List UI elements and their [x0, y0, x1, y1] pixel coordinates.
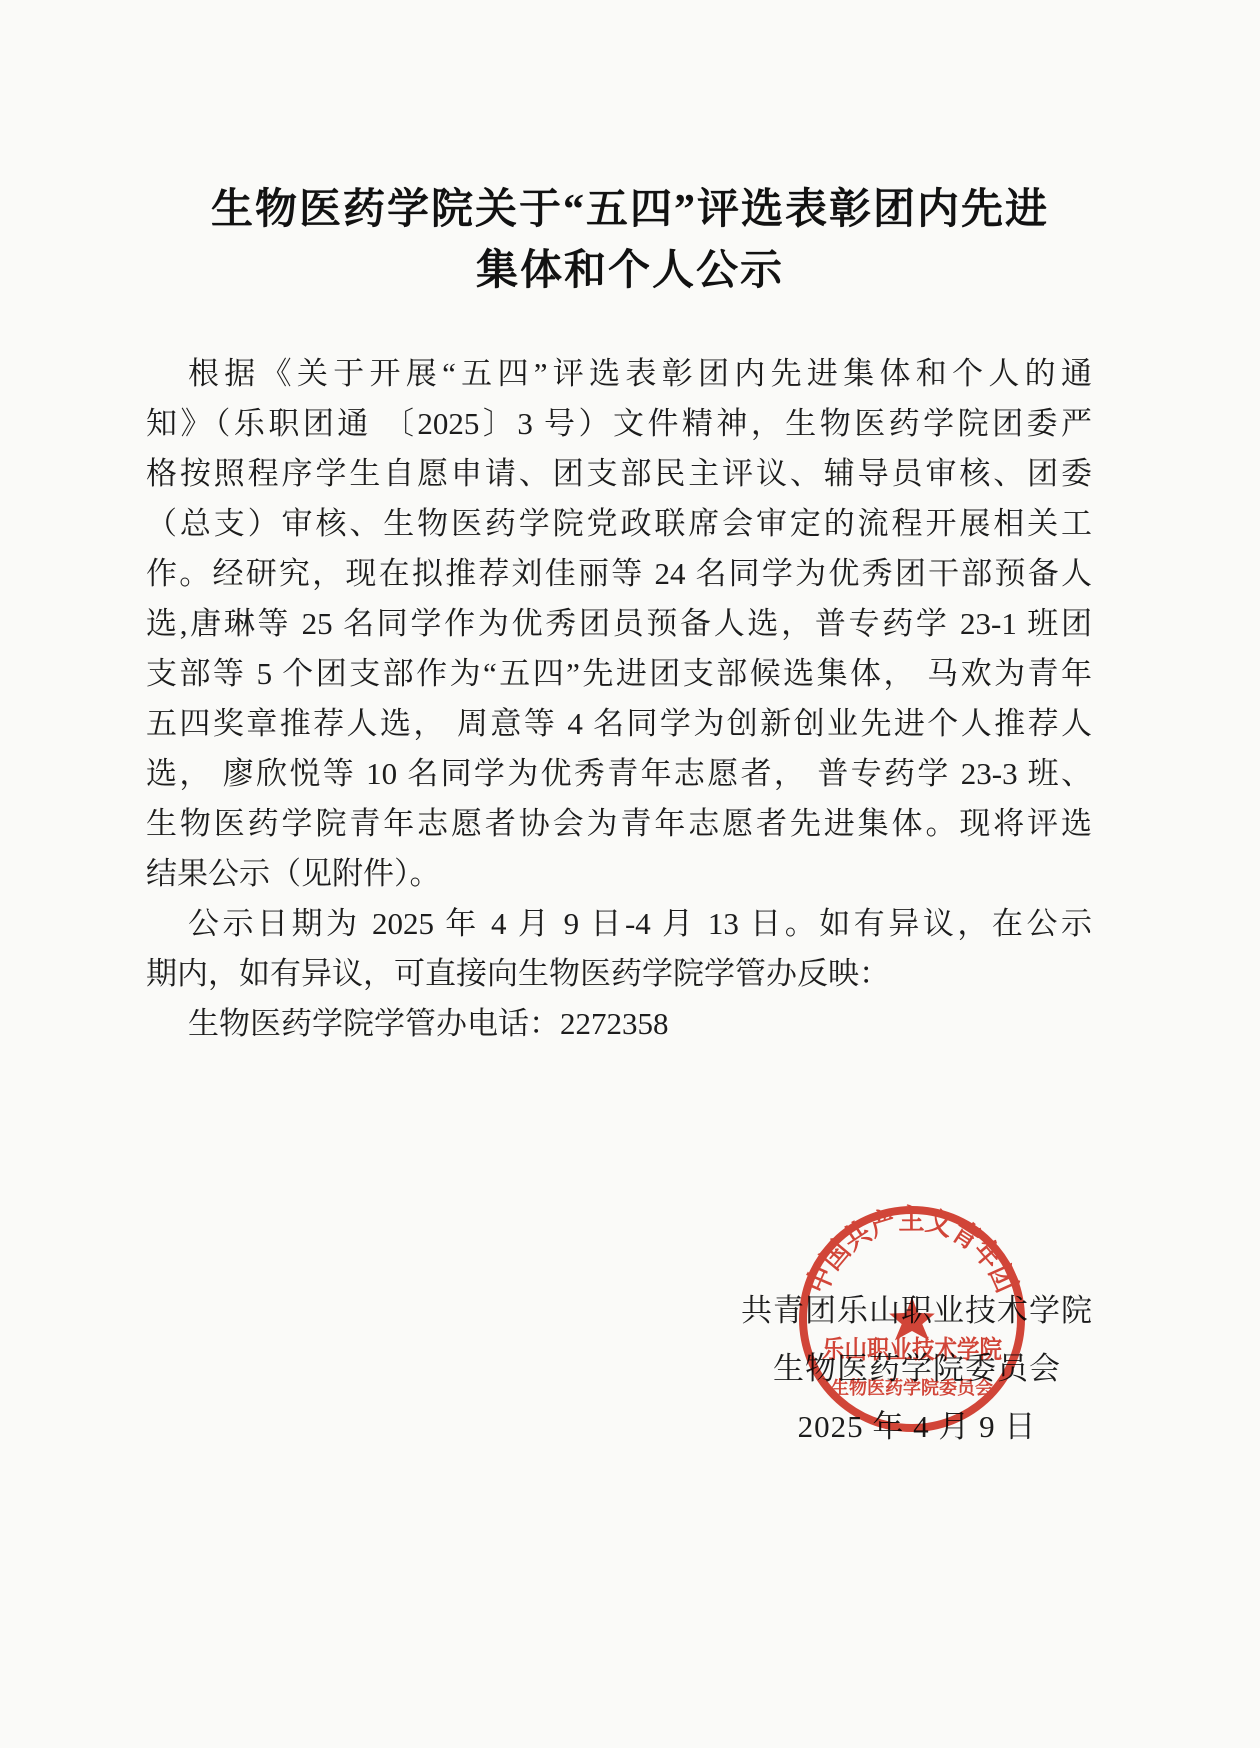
document-page: 生物医药学院关于“五四”评选表彰团内先进 集体和个人公示 根据《关于开展“五四”…	[0, 0, 1260, 1748]
body-line: （总支）审核、生物医药学院党政联席会审定的流程开展相关工	[146, 499, 1092, 549]
body-line: 生物医药学院学管办电话：2272358	[146, 999, 1092, 1049]
document-body: 根据《关于开展“五四”评选表彰团内先进集体和个人的通 知》（乐职团通 〔2025…	[146, 349, 1092, 1049]
signature-org-line-2: 生物医药学院委员会	[657, 1340, 1177, 1398]
document-title-line-1: 生物医药学院关于“五四”评选表彰团内先进	[0, 180, 1260, 241]
body-line: 五四奖章推荐人选， 周意等 4 名同学为创新创业先进个人推荐人	[146, 699, 1092, 749]
body-line: 格按照程序学生自愿申请、团支部民主评议、辅导员审核、团委	[146, 449, 1092, 499]
body-line: 期内，如有异议，可直接向生物医药学院学管办反映：	[146, 949, 1092, 999]
body-line: 根据《关于开展“五四”评选表彰团内先进集体和个人的通	[146, 349, 1092, 399]
body-line: 作。经研究，现在拟推荐刘佳丽等 24 名同学为优秀团干部预备人	[146, 549, 1092, 599]
body-line: 公示日期为 2025 年 4 月 9 日-4 月 13 日。如有异议，在公示	[146, 899, 1092, 949]
signature-block: 共青团乐山职业技术学院 生物医药学院委员会 2025 年 4 月 9 日	[657, 1282, 1177, 1456]
document-title: 生物医药学院关于“五四”评选表彰团内先进 集体和个人公示	[0, 180, 1260, 302]
body-line: 结果公示（见附件）。	[146, 849, 1092, 899]
signature-org-line-1: 共青团乐山职业技术学院	[657, 1282, 1177, 1340]
body-line: 选， 廖欣悦等 10 名同学为优秀青年志愿者， 普专药学 23-3 班、	[146, 749, 1092, 799]
body-line: 选,唐琳等 25 名同学作为优秀团员预备人选，普专药学 23-1 班团	[146, 599, 1092, 649]
body-line: 知》（乐职团通 〔2025〕3 号）文件精神，生物医药学院团委严	[146, 399, 1092, 449]
body-line: 支部等 5 个团支部作为“五四”先进团支部候选集体， 马欢为青年	[146, 649, 1092, 699]
body-line: 生物医药学院青年志愿者协会为青年志愿者先进集体。现将评选	[146, 799, 1092, 849]
document-title-line-2: 集体和个人公示	[0, 241, 1260, 302]
signature-date: 2025 年 4 月 9 日	[657, 1398, 1177, 1456]
